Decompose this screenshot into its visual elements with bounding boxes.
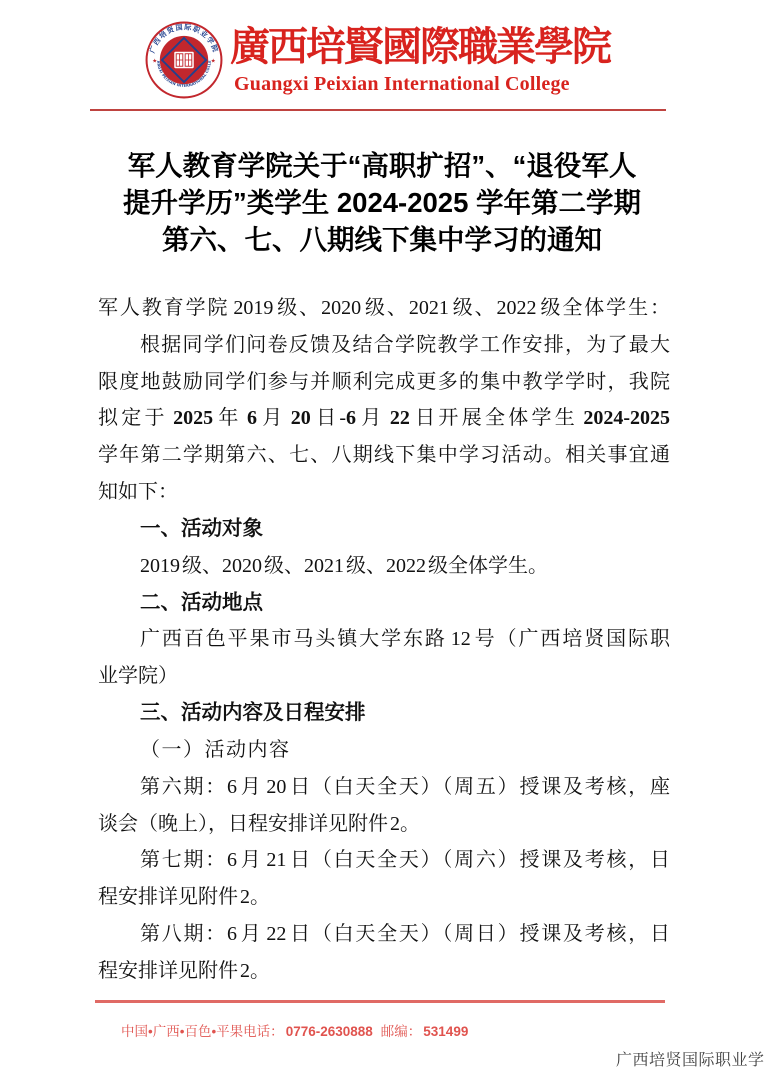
body-line: 第七期：6 月 21 日（白天全天）（周六）授课及考核，日 [98, 842, 670, 879]
footer-postal-label: 邮编： [381, 1024, 422, 1039]
notice-title-line: 第六、七、八期线下集中学习的通知 [60, 221, 704, 258]
body-line: 军人教育学院 2019 级、2020 级、2021 级、2022 级全体学生： [98, 290, 670, 327]
footer-contact-line: 中国•广西•百色•平果电话：0776-2630888邮编：531499 [121, 1022, 470, 1042]
body-line: 学年第二学期第六、七、八期线下集中学习活动。相关事宜通 [98, 437, 670, 474]
notice-page: 广西培贤国际职业学院 GUANGXI PEIXIAN INTERNATIONAL… [0, 0, 764, 1080]
college-name-english: Guangxi Peixian International College [230, 72, 650, 96]
footer-phone-number: 0776-2630888 [286, 1024, 373, 1039]
body-line: 程安排详见附件 2。 [98, 879, 670, 916]
body-line: 广西百色平果市马头镇大学东路 12 号（广西培贤国际职 [98, 621, 670, 658]
body-line: 程安排详见附件 2。 [98, 953, 670, 990]
body-line: 拟定于 2025 年 6 月 20 日-6 月 22 日开展全体学生 2024-… [98, 400, 670, 437]
notice-title-line: 提升学历”类学生 2024-2025 学年第二学期 [60, 184, 704, 221]
notice-title-line: 军人教育学院关于“高职扩招”、“退役军人 [60, 147, 704, 184]
header-divider-rule [90, 109, 666, 111]
seal-star-right-icon: ★ [211, 58, 216, 64]
body-line: 2019 级、2020 级、2021 级、2022 级全体学生。 [98, 548, 670, 585]
college-name-chinese: 廣西培賢國際職業學院 [230, 22, 650, 72]
body-line: 第六期：6 月 20 日（白天全天）（周五）授课及考核，座 [98, 769, 670, 806]
body-line: 三、活动内容及日程安排 [98, 695, 670, 732]
body-line: 业学院） [98, 658, 670, 695]
seal-star-left-icon: ★ [152, 58, 157, 64]
footer-address-label: 中国•广西•百色•平果电话： [121, 1024, 284, 1039]
footer-postal-code: 531499 [423, 1024, 468, 1039]
body-line: （一）活动内容 [98, 732, 670, 769]
notice-title: 军人教育学院关于“高职扩招”、“退役军人 提升学历”类学生 2024-2025 … [60, 147, 704, 258]
footer-divider-rule [95, 1000, 665, 1003]
body-line: 一、活动对象 [98, 511, 670, 548]
body-line: 知如下： [98, 474, 670, 511]
body-line: 二、活动地点 [98, 585, 670, 622]
college-name-watermark: 广西培贤国际职业学院 [616, 1047, 764, 1070]
body-line: 根据同学们问卷反馈及结合学院教学工作安排，为了最大 [98, 327, 670, 364]
college-names: 廣西培賢國際職業學院 Guangxi Peixian International… [230, 22, 650, 96]
seal-icon: 广西培贤国际职业学院 GUANGXI PEIXIAN INTERNATIONAL… [145, 21, 223, 99]
body-line: 谈会（晚上），日程安排详见附件 2。 [98, 806, 670, 843]
body-line: 限度地鼓励同学们参与并顺利完成更多的集中教学学时，我院 [98, 364, 670, 401]
notice-body: 军人教育学院 2019 级、2020 级、2021 级、2022 级全体学生：根… [98, 290, 670, 990]
body-line: 第八期：6 月 22 日（白天全天）（周日）授课及考核，日 [98, 916, 670, 953]
college-seal-logo: 广西培贤国际职业学院 GUANGXI PEIXIAN INTERNATIONAL… [145, 21, 223, 99]
